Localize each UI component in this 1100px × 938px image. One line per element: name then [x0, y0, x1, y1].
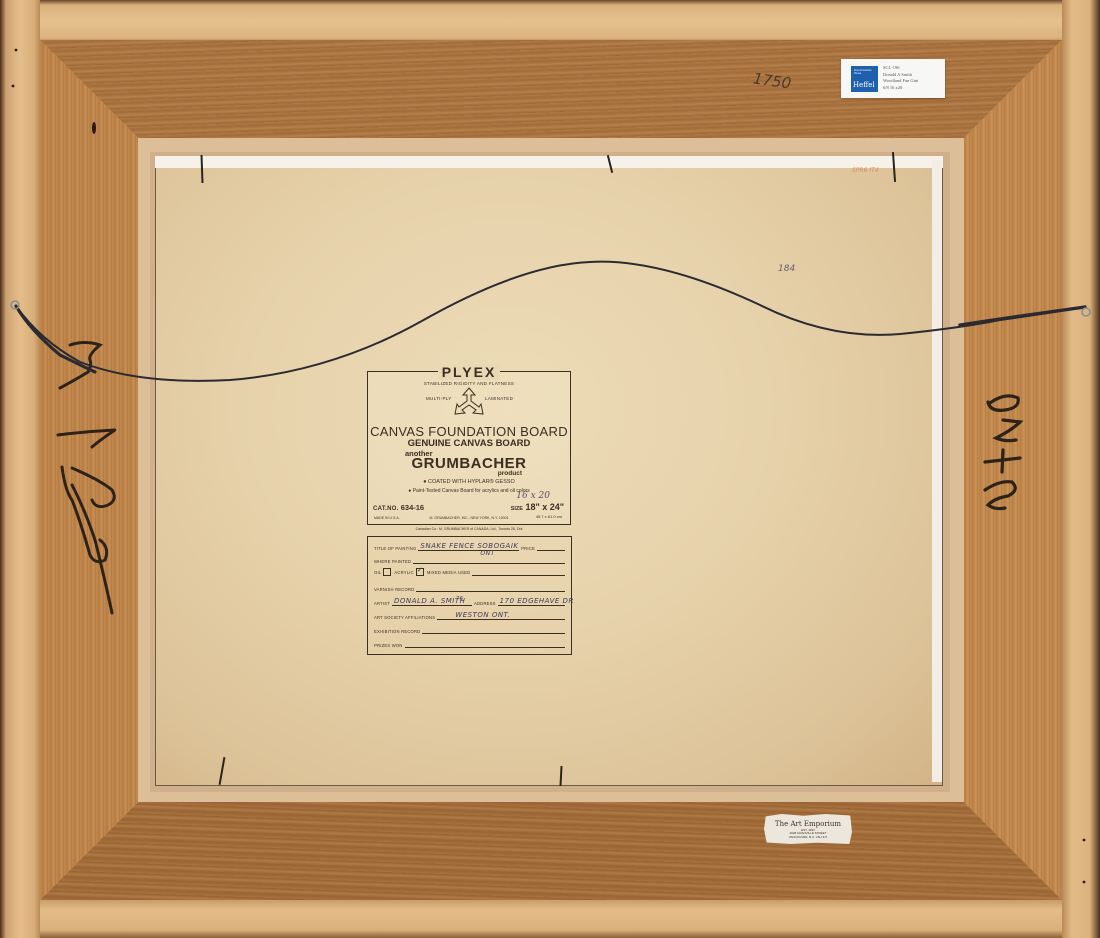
marker-and-wire-overlay: [0, 0, 1100, 938]
frame-nail-holes: [12, 49, 1086, 884]
right-rail-marker-inscription: [985, 396, 1020, 509]
wire-eye-hook-icon: [11, 301, 1090, 316]
left-rail-marker-inscription: [58, 343, 115, 614]
framed-painting-back: Fine Art Auction House Heffel SCL-196 Do…: [0, 0, 1100, 938]
hanging-wire: [16, 262, 1085, 381]
